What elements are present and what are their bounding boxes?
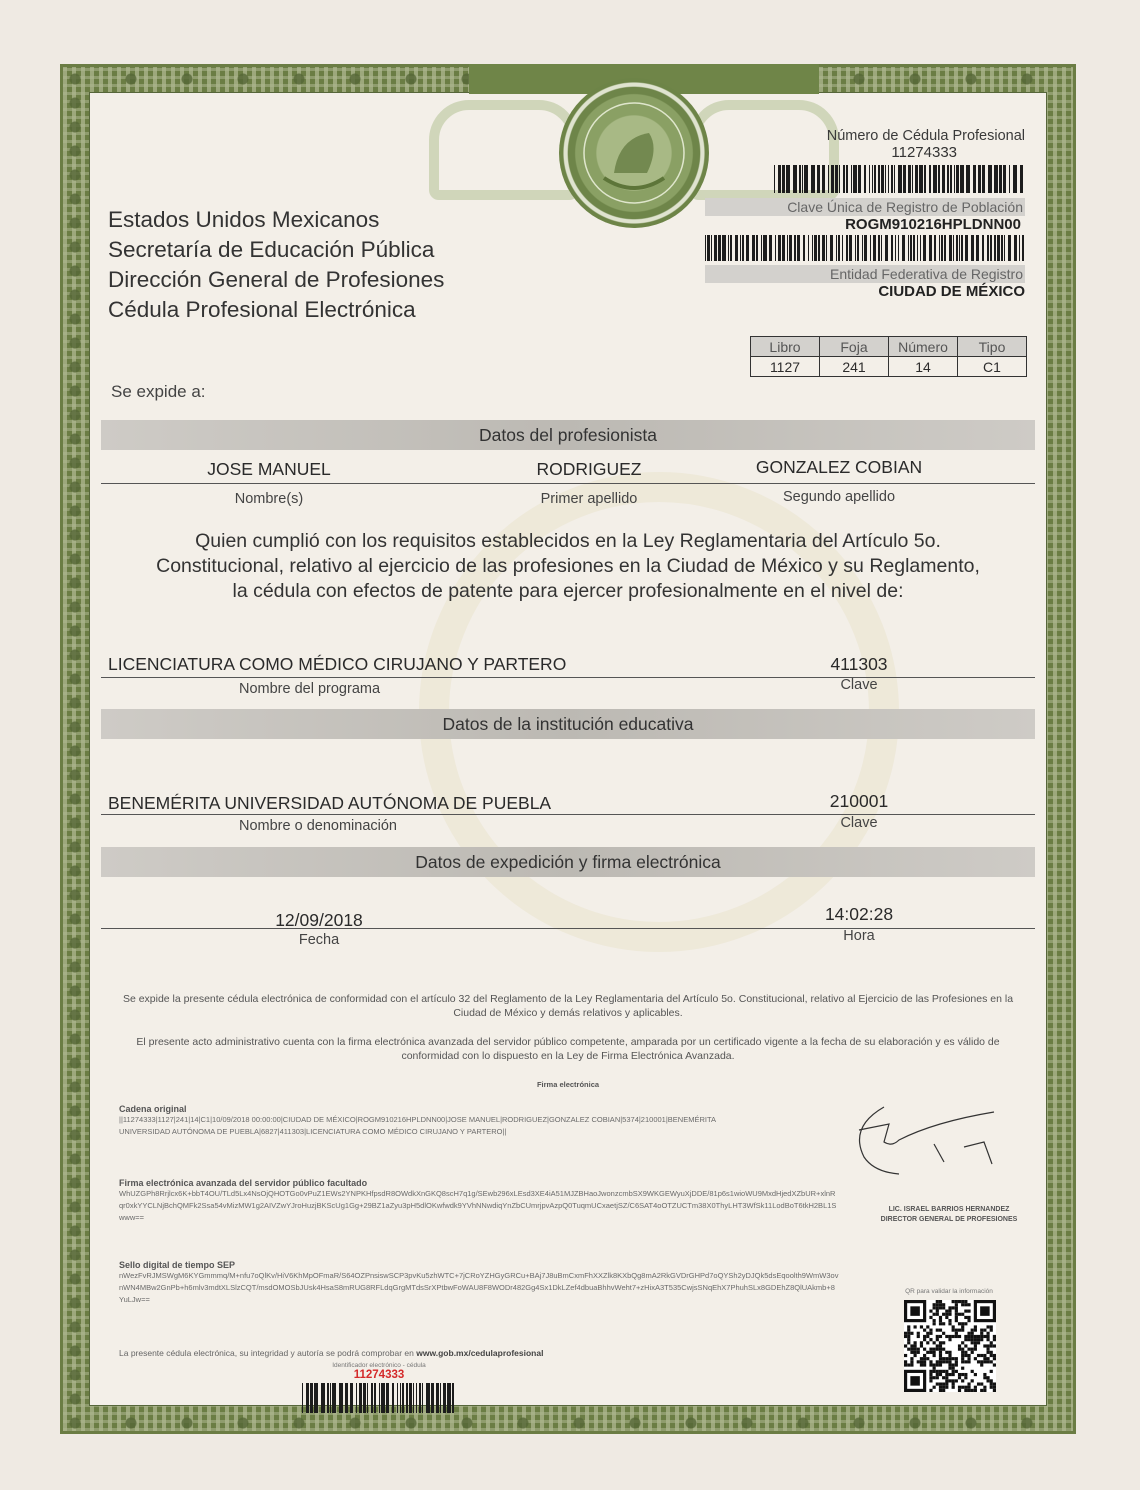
second-surname-value: GONZALEZ COBIAN <box>729 457 949 478</box>
curp-barcode <box>705 235 1025 261</box>
curp-label: Clave Única de Registro de Población <box>705 198 1025 216</box>
institution-key: 210001 <box>789 791 929 812</box>
issue-date-label: Fecha <box>239 932 399 948</box>
foja-value: 241 <box>820 357 889 377</box>
institution-name-label: Nombre o denominación <box>239 818 397 834</box>
statement-line: Quien cumplió con los requisitos estable… <box>89 529 1047 554</box>
issue-time-label: Hora <box>789 928 929 944</box>
timestamp-seal-text: nWezFvRJMSWgM6KYGmmmq/M+nfu7oQlKv/HiV6Kh… <box>119 1270 839 1306</box>
names-value: JOSE MANUEL <box>169 459 369 480</box>
national-seal-icon <box>559 78 709 228</box>
col-header-libro: Libro <box>751 337 820 357</box>
issued-to-label: Se expide a: <box>111 382 206 402</box>
section-issuance: Datos de expedición y firma electrónica <box>101 847 1035 877</box>
identifier-block: Identificador electrónico - cédula 11274… <box>289 1362 469 1413</box>
legal-paragraph-2: El presente acto administrativo cuenta c… <box>109 1035 1027 1063</box>
timestamp-seal: Sello digital de tiempo SEP nWezFvRJMSWg… <box>119 1260 839 1306</box>
left-ornament <box>429 100 579 200</box>
program-name: LICENCIATURA COMO MÉDICO CIRUJANO Y PART… <box>108 654 566 675</box>
institution-key-label: Clave <box>789 815 929 831</box>
program-key-label: Clave <box>789 677 929 693</box>
statement-line: Constitucional, relativo al ejercicio de… <box>89 554 1047 579</box>
certificate-paper: Estados Unidos Mexicanos Secretaría de E… <box>89 92 1047 1406</box>
verify-line: La presente cédula electrónica, su integ… <box>119 1348 543 1358</box>
registry-table: Libro Foja Número Tipo 1127 241 14 C1 <box>750 336 1027 377</box>
program-name-label: Nombre del programa <box>239 681 380 697</box>
header-line: Dirección General de Profesiones <box>108 265 444 295</box>
signature-chain-label: Firma electrónica avanzada del servidor … <box>119 1178 839 1188</box>
tipo-value: C1 <box>958 357 1027 377</box>
issue-time: 14:02:28 <box>789 904 929 925</box>
names-rule <box>101 483 1035 484</box>
numero-value: 14 <box>889 357 958 377</box>
names-label: Nombre(s) <box>169 491 369 507</box>
verify-text: La presente cédula electrónica, su integ… <box>119 1348 414 1358</box>
identifier-label: Identificador electrónico - cédula <box>289 1362 469 1369</box>
curp-value: ROGM910216HPLDNN00 <box>705 216 1021 233</box>
statement-text: Quien cumplió con los requisitos estable… <box>89 529 1047 604</box>
original-chain-text: ||11274333|1127|241|14|C1|10/09/2018 00:… <box>119 1114 719 1138</box>
header-line: Secretaría de Educación Pública <box>108 235 444 265</box>
original-chain: Cadena original ||11274333|1127|241|14|C… <box>119 1104 719 1138</box>
statement-line: la cédula con efectos de patente para ej… <box>89 579 1047 604</box>
identifier-barcode <box>289 1383 469 1413</box>
original-chain-label: Cadena original <box>119 1104 719 1114</box>
entity-value: CIUDAD DE MÉXICO <box>705 283 1025 300</box>
signature-chain-text: WhUZGPh8Rrjlcx6K+bbT4OU/TLd5Lx4NsOjQHOTG… <box>119 1188 839 1224</box>
cedula-barcode <box>705 165 1025 193</box>
header-line: Cédula Profesional Electrónica <box>108 295 444 325</box>
cedula-label: Número de Cédula Profesional <box>705 128 1025 144</box>
first-surname-label: Primer apellido <box>489 491 689 507</box>
program-key: 411303 <box>789 654 929 675</box>
section-professional: Datos del profesionista <box>101 420 1035 450</box>
legal-paragraph-1: Se expide la presente cédula electrónica… <box>109 992 1027 1020</box>
entity-label: Entidad Federativa de Registro <box>705 265 1025 283</box>
col-header-foja: Foja <box>820 337 889 357</box>
issuer-header: Estados Unidos Mexicanos Secretaría de E… <box>108 205 444 325</box>
col-header-numero: Número <box>889 337 958 357</box>
header-line: Estados Unidos Mexicanos <box>108 205 444 235</box>
signer-block: LIC. ISRAEL BARRIOS HERNANDEZ DIRECTOR G… <box>859 1205 1039 1225</box>
registry-block: Número de Cédula Profesional 11274333 Cl… <box>705 128 1025 300</box>
signer-name: LIC. ISRAEL BARRIOS HERNANDEZ <box>859 1205 1039 1215</box>
certificate-border: Estados Unidos Mexicanos Secretaría de E… <box>60 64 1076 1434</box>
institution-name: BENEMÉRITA UNIVERSIDAD AUTÓNOMA DE PUEBL… <box>108 793 551 814</box>
signature-chain: Firma electrónica avanzada del servidor … <box>119 1178 839 1224</box>
qr-label: QR para validar la información <box>879 1288 1019 1295</box>
col-header-tipo: Tipo <box>958 337 1027 357</box>
second-surname-label: Segundo apellido <box>729 489 949 505</box>
cedula-number: 11274333 <box>705 144 957 161</box>
libro-value: 1127 <box>751 357 820 377</box>
identifier-value: 11274333 <box>289 1369 469 1381</box>
validation-qr-code[interactable] <box>904 1300 996 1392</box>
signer-title: DIRECTOR GENERAL DE PROFESIONES <box>859 1215 1039 1225</box>
handwritten-signature-icon <box>844 1102 1044 1182</box>
first-surname-value: RODRIGUEZ <box>489 459 689 480</box>
signature-heading: Firma electrónica <box>89 1080 1047 1089</box>
timestamp-seal-label: Sello digital de tiempo SEP <box>119 1260 839 1270</box>
verify-link[interactable]: www.gob.mx/cedulaprofesional <box>416 1348 543 1358</box>
section-institution: Datos de la institución educativa <box>101 709 1035 739</box>
